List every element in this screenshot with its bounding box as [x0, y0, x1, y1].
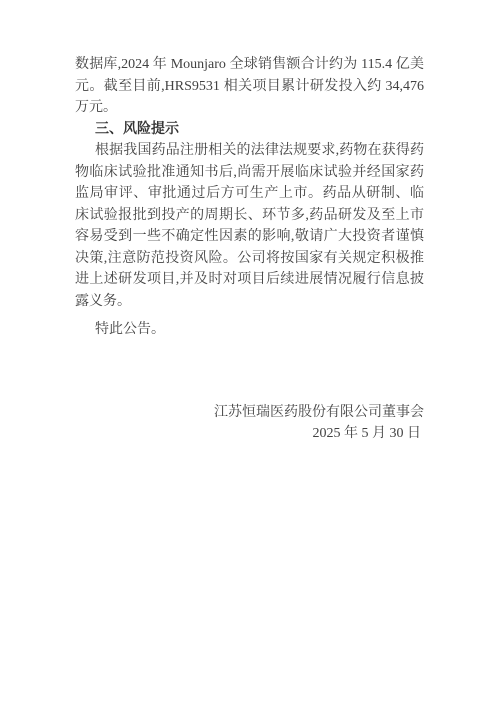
document-page: 数据库,2024 年 Mounjaro 全球销售额合计约为 115.4 亿美元。… [0, 0, 500, 707]
signature-company-name: 江苏恒瑞医药股份有限公司董事会 [75, 402, 424, 424]
section-heading-risk-notice: 三、风险提示 [75, 119, 424, 141]
body-paragraph-risk-notice: 根据我国药品注册相关的法律法规要求,药物在获得药物临床试验批准通知书后,尚需开展… [75, 140, 424, 312]
signature-date: 2025 年 5 月 30 日 [75, 423, 424, 445]
document-content: 数据库,2024 年 Mounjaro 全球销售额合计约为 115.4 亿美元。… [75, 54, 424, 445]
closing-announcement-line: 特此公告。 [75, 319, 424, 341]
body-paragraph-continuation: 数据库,2024 年 Mounjaro 全球销售额合计约为 115.4 亿美元。… [75, 54, 424, 119]
